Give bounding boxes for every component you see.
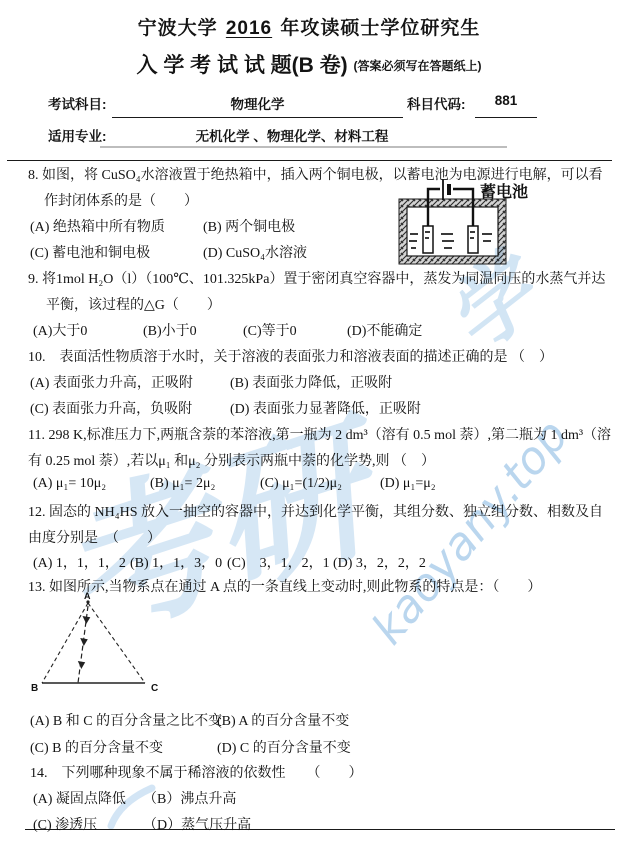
q11-option-c: (C) μ₁=(1/2)μ₂	[260, 476, 342, 492]
major-underline	[100, 146, 507, 148]
q9-option-b: (B)小于0	[143, 320, 197, 340]
q8-option-c: (C) 蓄电池和铜电极	[30, 242, 150, 262]
q10-line1: 10. 表面活性物质溶于水时，关于溶液的表面张力和溶液表面的描述正确的是 （ ）	[28, 346, 553, 366]
subject-label: 考试科目:	[48, 93, 107, 113]
q9-line1: 9. 将1mol H₂O（l）（100℃、101.325kPa）置于密闭真空容器…	[28, 268, 605, 288]
q12-line2: 由度分别是 （ ）	[28, 527, 161, 547]
path-arrowheads	[78, 616, 91, 669]
q10-option-d: (D) 表面张力显著降低，正吸附	[230, 398, 421, 418]
battery-label: 蓄电池	[480, 182, 528, 201]
title-suffix: 年攻读硕士学位研究生	[274, 18, 480, 39]
subject-value: 物理化学	[112, 93, 403, 113]
q13-option-c: (C) B 的百分含量不变	[30, 737, 163, 757]
q9-option-d: (D)不能确定	[347, 320, 422, 340]
q12-option-a: (A) 1，1，1，2	[33, 552, 126, 572]
q8-line1: 8. 如图，将 CuSO₄水溶液置于绝热箱中，插入两个铜电极，以蓄电池为电源进行…	[28, 164, 603, 184]
q14-option-d: （D）蒸气压升高	[143, 814, 251, 834]
q14-line1: 14. 下列哪种现象不属于稀溶液的依数性 （ ）	[30, 762, 363, 782]
q11-line2: 有 0.25 mol 萘）,若以μ₁ 和μ₂ 分别表示两瓶中萘的化学势,则 （ …	[28, 450, 435, 470]
triangle-label-c: C	[151, 683, 158, 694]
q11-option-b: (B) μ₁= 2μ₂	[150, 476, 215, 492]
triangle-label-b: B	[31, 683, 38, 694]
q10-option-b: (B) 表面张力降低，正吸附	[230, 372, 392, 392]
code-label: 科目代码:	[407, 93, 466, 113]
q11-option-d: (D) μ₁=μ₂	[380, 476, 436, 492]
q14-option-c: (C) 渗透压	[33, 814, 97, 834]
major-label: 适用专业:	[48, 125, 107, 145]
major-value: 无机化学 、物理化学、材料工程	[112, 125, 472, 145]
page-subtitle: 入 学 考 试 试 题(B 卷) (答案必须写在答题纸上)	[0, 49, 618, 79]
q14-option-b: （B）沸点升高	[143, 788, 236, 808]
page-title: 宁波大学 2016 年攻读硕士学位研究生	[0, 13, 618, 40]
footer-divider	[25, 829, 615, 830]
q13-option-d: (D) C 的百分含量不变	[217, 737, 351, 757]
q10-option-c: (C) 表面张力升高，负吸附	[30, 398, 192, 418]
q14-option-a: (A) 凝固点降低	[33, 788, 126, 808]
triangle-side-ab	[42, 603, 88, 683]
left-electrode	[423, 226, 433, 253]
q13-line1: 13. 如图所示,当物系点在通过 A 点的一条直线上变动时,则此物系的特点是：（…	[28, 576, 541, 596]
title-year: 2016	[224, 18, 274, 39]
exam-paper-page: 宁波大学 2016 年攻读硕士学位研究生 入 学 考 试 试 题(B 卷) (答…	[0, 0, 618, 845]
q12-option-b: (B) 1，1，3，0	[130, 552, 222, 572]
right-electrode	[468, 226, 478, 253]
q8-option-a: (A) 绝热箱中所有物质	[30, 216, 165, 236]
code-value: 881	[475, 93, 537, 108]
q12-option-d: (D) 3，2，2，2	[333, 552, 426, 572]
code-underline	[475, 117, 537, 118]
q10-option-a: (A) 表面张力升高，正吸附	[30, 372, 193, 392]
q9-option-a: (A)大于0	[33, 320, 87, 340]
q13-triangle-figure: A B C	[24, 590, 174, 702]
q12-option-c: (C) 3，1，2，1	[227, 552, 330, 572]
subtitle-note: (答案必须写在答题纸上)	[354, 59, 482, 73]
q13-option-a: (A) B 和 C 的百分含量之比不变	[30, 710, 222, 730]
q8-line2: 作封闭体系的是（ ）	[44, 190, 198, 210]
watermark-brand: kaoyany.top	[361, 409, 578, 654]
q9-line2: 平衡，该过程的△G（ ）	[46, 294, 221, 314]
q12-line1: 12. 固态的 NH₄HS 放入一抽空的容器中，并达到化学平衡，其组分数、独立组…	[28, 501, 603, 521]
q11-line1: 11. 298 K,标准压力下,两瓶含萘的苯溶液,第一瓶为 2 dm³（溶有 0…	[28, 424, 611, 444]
subject-underline	[112, 117, 403, 118]
q11-option-a: (A) μ₁= 10μ₂	[33, 476, 106, 492]
header-divider	[7, 160, 612, 161]
box-interior	[407, 207, 498, 256]
q13-option-b: (B) A 的百分含量不变	[217, 710, 349, 730]
subtitle-main: 入 学 考 试 试 题(B 卷)	[137, 54, 354, 77]
q8-option-d: (D) CuSO₄水溶液	[203, 242, 307, 262]
q8-option-b: (B) 两个铜电极	[203, 216, 295, 236]
triangle-side-ac	[88, 603, 145, 683]
title-prefix: 宁波大学	[138, 18, 224, 39]
q9-option-c: (C)等于0	[243, 320, 297, 340]
